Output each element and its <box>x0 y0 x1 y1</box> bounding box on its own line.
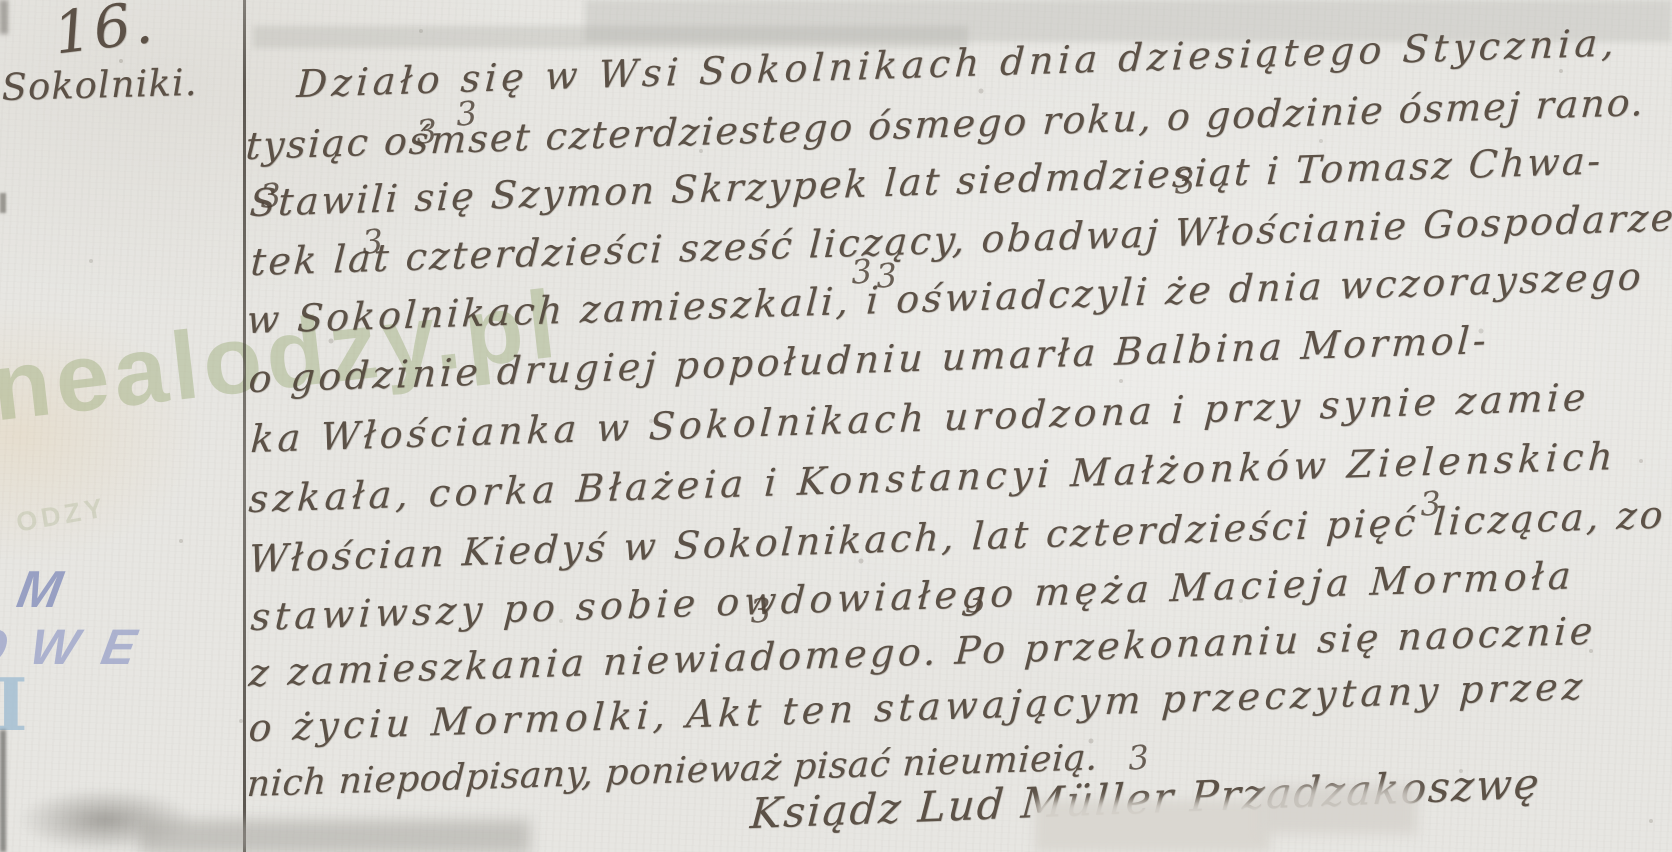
ghost-watermark: ODZY <box>14 492 109 538</box>
blur-patch <box>1262 786 1417 834</box>
blue-watermark-fragment-m: M <box>13 560 67 620</box>
bottom-blur-smudge <box>140 820 530 852</box>
insertion-mark: 3 <box>259 175 283 215</box>
insertion-mark: 3 <box>1419 483 1443 523</box>
scan-edge-shadow-bottom-left <box>0 730 6 852</box>
insertion-mark: 3 <box>361 221 385 261</box>
insertion-mark: 3 <box>875 255 899 295</box>
insertion-mark: 3 <box>455 93 479 133</box>
insertion-mark: 3 <box>964 580 988 620</box>
scan-edge-mark <box>0 193 6 213</box>
insertion-mark: 3 <box>749 590 773 630</box>
blur-patch <box>1035 800 1270 852</box>
scanned-death-record-page: nealodzy.pl ODZY M OWE I 16. Sokolniki. … <box>0 0 1672 852</box>
insertion-mark: 3 <box>850 251 874 291</box>
margin-rule-line <box>243 0 246 852</box>
record-number: 16. <box>50 0 159 67</box>
margin-place-name: Sokolniki. <box>1 61 198 109</box>
insertion-mark: 3 <box>1173 161 1197 201</box>
scan-edge-shadow-top-left <box>0 0 8 34</box>
insertion-mark: 3 <box>1127 737 1151 777</box>
insertion-mark: 3 <box>415 111 439 151</box>
